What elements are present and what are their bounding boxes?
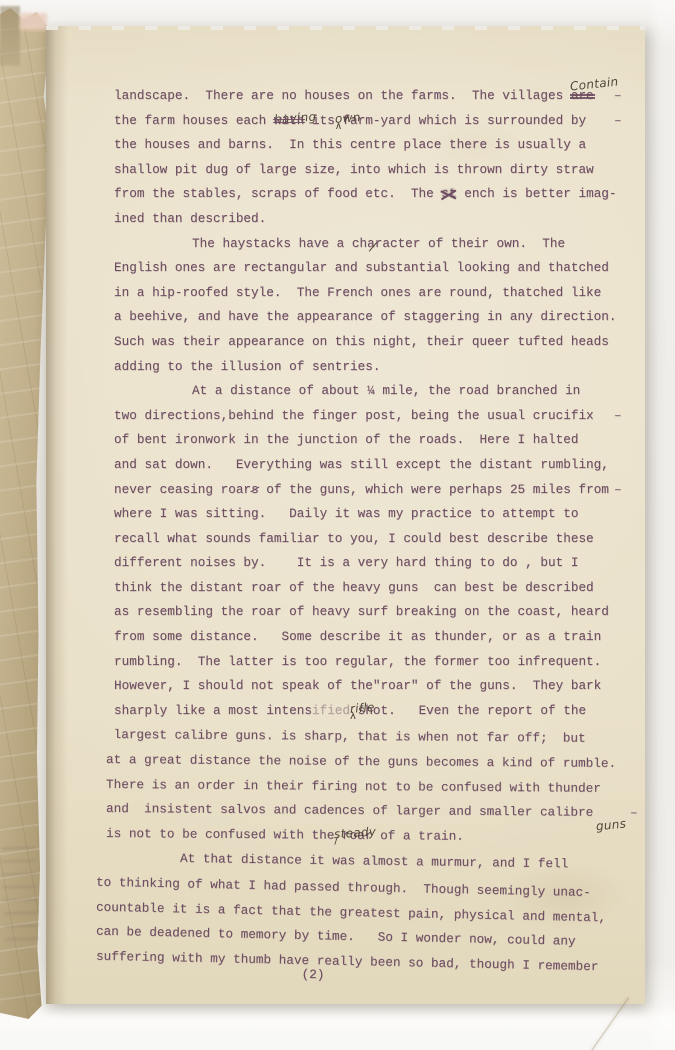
typed-text: shot. Even the report of the <box>358 703 586 718</box>
typed-text: at a great distance the noise of the gun… <box>106 752 616 771</box>
typed-text: have a character of their own. The <box>299 236 565 251</box>
typed-text: can be deadened to memory by time. So I … <box>96 924 576 949</box>
typed-line: The haystacks/have a character of their … <box>114 232 659 257</box>
strikethrough-text: with <box>274 113 304 128</box>
typed-line: a beehive, and have the appearance of st… <box>114 305 659 330</box>
document-scan: landscape. There are no houses on the fa… <box>0 0 675 1050</box>
typed-text: of bent ironwork in the junction of the … <box>114 432 578 447</box>
typed-line: at a great distance the noise of the gun… <box>106 748 651 777</box>
typed-text: to thinking of what I had passed through… <box>96 875 591 900</box>
typed-text: two directions,behind the finger post, b… <box>114 408 594 423</box>
typed-line: think the distant roar of the heavy guns… <box>114 576 659 601</box>
typed-text: as resembling the roar of heavy surf bre… <box>114 604 609 619</box>
page-number: (2) <box>283 966 343 982</box>
typed-line: the farm houses each havingwith itsown∧f… <box>114 109 659 134</box>
typed-letter-page: landscape. There are no houses on the fa… <box>46 26 645 1004</box>
typed-text: largest calibre guns. is sharp, that is … <box>106 727 586 746</box>
insertion-caret-mark: λ <box>350 711 358 722</box>
typed-text: from some distance. Some describe it as … <box>114 629 601 644</box>
typed-text: think the distant roar of the heavy guns… <box>114 580 594 595</box>
typed-text: the houses and barns. In this centre pla… <box>114 137 586 152</box>
typed-text: shallow pit dug of large size, into whic… <box>114 162 594 177</box>
typed-text: of the guns, which were perhaps 25 miles… <box>259 482 609 497</box>
typed-line: as resembling the roar of heavy surf bre… <box>114 600 659 625</box>
typed-line: sharply like a most intensifiedrifleλsho… <box>114 699 659 724</box>
typed-line: recall what sounds familiar to you, I co… <box>114 527 659 552</box>
handwritten-annotation: Contain <box>569 75 619 94</box>
typed-line: never ceasing roars of the guns, which w… <box>114 478 659 503</box>
typed-line: However, I should not speak of the"roar"… <box>114 674 659 699</box>
typed-line: in a hip-roofed style. The French ones a… <box>114 281 659 306</box>
margin-dash-mark: – <box>614 109 622 134</box>
typed-text: and sat down. Everything was still excep… <box>114 457 609 472</box>
typed-text: the farm houses each <box>114 113 274 128</box>
typed-line: shallow pit dug of large size, into whic… <box>114 158 659 183</box>
typed-text: never ceasing roar <box>114 482 251 497</box>
typed-text: ined than described. <box>114 211 266 226</box>
typed-text: where I was sitting. Daily it was my pra… <box>114 506 578 521</box>
margin-dash-mark: – <box>614 84 622 109</box>
typed-text: recall what sounds familiar to you, I co… <box>114 531 594 546</box>
typed-text: The haystacks <box>192 236 291 251</box>
typed-text: in a hip-roofed style. The French ones a… <box>114 285 601 300</box>
typed-text: different noises by. It is a very hard t… <box>114 555 578 570</box>
typed-line: Such was their appearance on this night,… <box>114 330 659 355</box>
struck-letter: s <box>251 482 259 497</box>
ink-bleed-through <box>1 844 38 940</box>
typed-text: However, I should not speak of the"roar"… <box>114 678 601 693</box>
typed-line: ined than described. <box>114 207 659 232</box>
margin-dash-mark: – <box>630 801 638 826</box>
typed-text: Such was their appearance on this night,… <box>114 334 609 349</box>
margin-dash-mark: – <box>614 232 675 257</box>
typed-text-block: landscape. There are no houses on the fa… <box>114 84 659 969</box>
typed-line: from the stables, scraps of food etc. Th… <box>114 182 659 207</box>
typed-text: At that distance it was almost a murmur,… <box>180 851 568 871</box>
faded-typed-text: ified <box>312 703 350 718</box>
insertion-caret-mark: / <box>334 836 342 847</box>
typed-text: English ones are rectangular and substan… <box>114 260 609 275</box>
wrapper-torn-corner <box>0 6 20 66</box>
paper-patch <box>20 13 47 30</box>
typed-line: different noises by. It is a very hard t… <box>114 551 659 576</box>
margin-dash-mark: – <box>614 404 622 429</box>
blotted-letters: st <box>441 186 456 201</box>
typed-text: landscape. There are no houses on the fa… <box>114 88 571 103</box>
typed-text: from the stables, scraps of food etc. Th… <box>114 186 441 201</box>
typed-line: At a distance of about ¼ mile, the road … <box>114 379 659 404</box>
typed-line: English ones are rectangular and substan… <box>114 256 659 281</box>
typed-text: ench is better imag- <box>457 186 617 201</box>
typed-line: the houses and barns. In this centre pla… <box>114 133 659 158</box>
typed-text: a beehive, and have the appearance of st… <box>114 309 617 324</box>
typed-line: rumbling. The latter is too regular, the… <box>114 650 659 675</box>
typed-text: adding to the illusion of sentries. <box>114 359 380 374</box>
typed-line: from some distance. Some describe it as … <box>114 625 659 650</box>
typed-line: adding to the illusion of sentries. <box>114 355 659 380</box>
typed-line: two directions,behind the finger post, b… <box>114 404 659 429</box>
handwritten-slash-mark: / <box>290 230 299 255</box>
torn-top-edge <box>46 26 645 30</box>
margin-dash-mark: – <box>614 478 622 503</box>
typed-line: of bent ironwork in the junction of the … <box>114 428 659 453</box>
typed-text: At a distance of about ¼ mile, the road … <box>192 383 580 398</box>
insertion-caret-mark: ∧ <box>335 121 343 132</box>
typed-line: and sat down. Everything was still excep… <box>114 453 659 478</box>
typed-line: where I was sitting. Daily it was my pra… <box>114 502 659 527</box>
typed-text: sharply like a most intens <box>114 703 312 718</box>
typed-text: farm-yard which is surrounded by <box>342 113 586 128</box>
typed-text: rumbling. The latter is too regular, the… <box>114 654 601 669</box>
typed-text: There is an order in their firing not to… <box>106 777 601 796</box>
typed-text: is not to be confused with the <box>106 826 335 843</box>
typed-text: and insistent salvos and cadences of lar… <box>106 801 593 820</box>
typed-line: landscape. There are no houses on the fa… <box>114 84 659 109</box>
